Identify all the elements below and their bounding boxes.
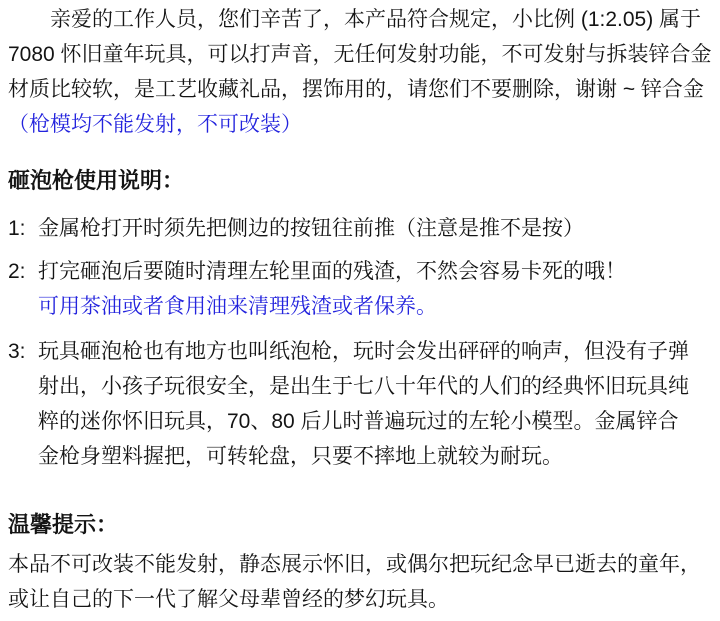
usage-item-2-blue-note: 可用茶油或者食用油来清理残渣或者保养。 (8, 289, 714, 324)
tips-heading: 温馨提示： (8, 507, 714, 542)
usage-item-3-line-1: 玩具砸泡枪也有地方也叫纸泡枪，玩时会发出砰砰的响声，但没有子弹 (38, 334, 714, 369)
usage-item-1-text: 金属枪打开时须先把侧边的按钮往前推（注意是推不是按） (38, 211, 714, 246)
intro-blue-note: （枪模均不能发射，不可改装） (8, 107, 714, 142)
usage-item-3-line-3: 粹的迷你怀旧玩具，70、80 后儿时普遍玩过的左轮小模型。金属锌合 (38, 404, 714, 439)
usage-item-3-line-4: 金枪身塑料握把，可转轮盘，只要不摔地上就较为耐玩。 (38, 439, 714, 474)
product-notice-document: 亲爱的工作人员，您们辛苦了，本产品符合规定，小比例 (1:2.05) 属于 70… (0, 0, 720, 617)
usage-item-2-text: 打完砸泡后要随时清理左轮里面的残渣，不然会容易卡死的哦！ (38, 254, 714, 289)
intro-line-3: 材质比较软，是工艺收藏礼品，摆饰用的，请您们不要删除，谢谢 ~ 锌合金 (8, 72, 714, 107)
intro-paragraph: 亲爱的工作人员，您们辛苦了，本产品符合规定，小比例 (1:2.05) 属于 70… (8, 2, 714, 107)
tips-paragraph: 本品不可改装不能发射，静态展示怀旧，或偶尔把玩纪念早已逝去的童年， 或让自己的下… (8, 547, 714, 617)
usage-item-2-marker: 2: (8, 254, 38, 289)
tips-line-1: 本品不可改装不能发射，静态展示怀旧，或偶尔把玩纪念早已逝去的童年， (8, 547, 714, 582)
usage-item-1-marker: 1: (8, 211, 38, 246)
intro-line-2: 7080 怀旧童年玩具，可以打声音，无任何发射功能，不可发射与拆装锌合金 (8, 37, 714, 72)
usage-item-3-text: 玩具砸泡枪也有地方也叫纸泡枪，玩时会发出砰砰的响声，但没有子弹 射出，小孩子玩很… (38, 334, 714, 474)
usage-item-3: 3: 玩具砸泡枪也有地方也叫纸泡枪，玩时会发出砰砰的响声，但没有子弹 射出，小孩… (8, 334, 714, 474)
intro-line-1: 亲爱的工作人员，您们辛苦了，本产品符合规定，小比例 (1:2.05) 属于 (8, 2, 714, 37)
usage-item-3-line-2: 射出，小孩子玩很安全，是出生于七八十年代的人们的经典怀旧玩具纯 (38, 369, 714, 404)
usage-item-1: 1: 金属枪打开时须先把侧边的按钮往前推（注意是推不是按） (8, 211, 714, 246)
usage-item-2: 2: 打完砸泡后要随时清理左轮里面的残渣，不然会容易卡死的哦！ (8, 254, 714, 289)
tips-line-2: 或让自己的下一代了解父母辈曾经的梦幻玩具。 (8, 582, 714, 617)
usage-item-3-marker: 3: (8, 334, 38, 369)
usage-heading: 砸泡枪使用说明： (8, 163, 714, 198)
